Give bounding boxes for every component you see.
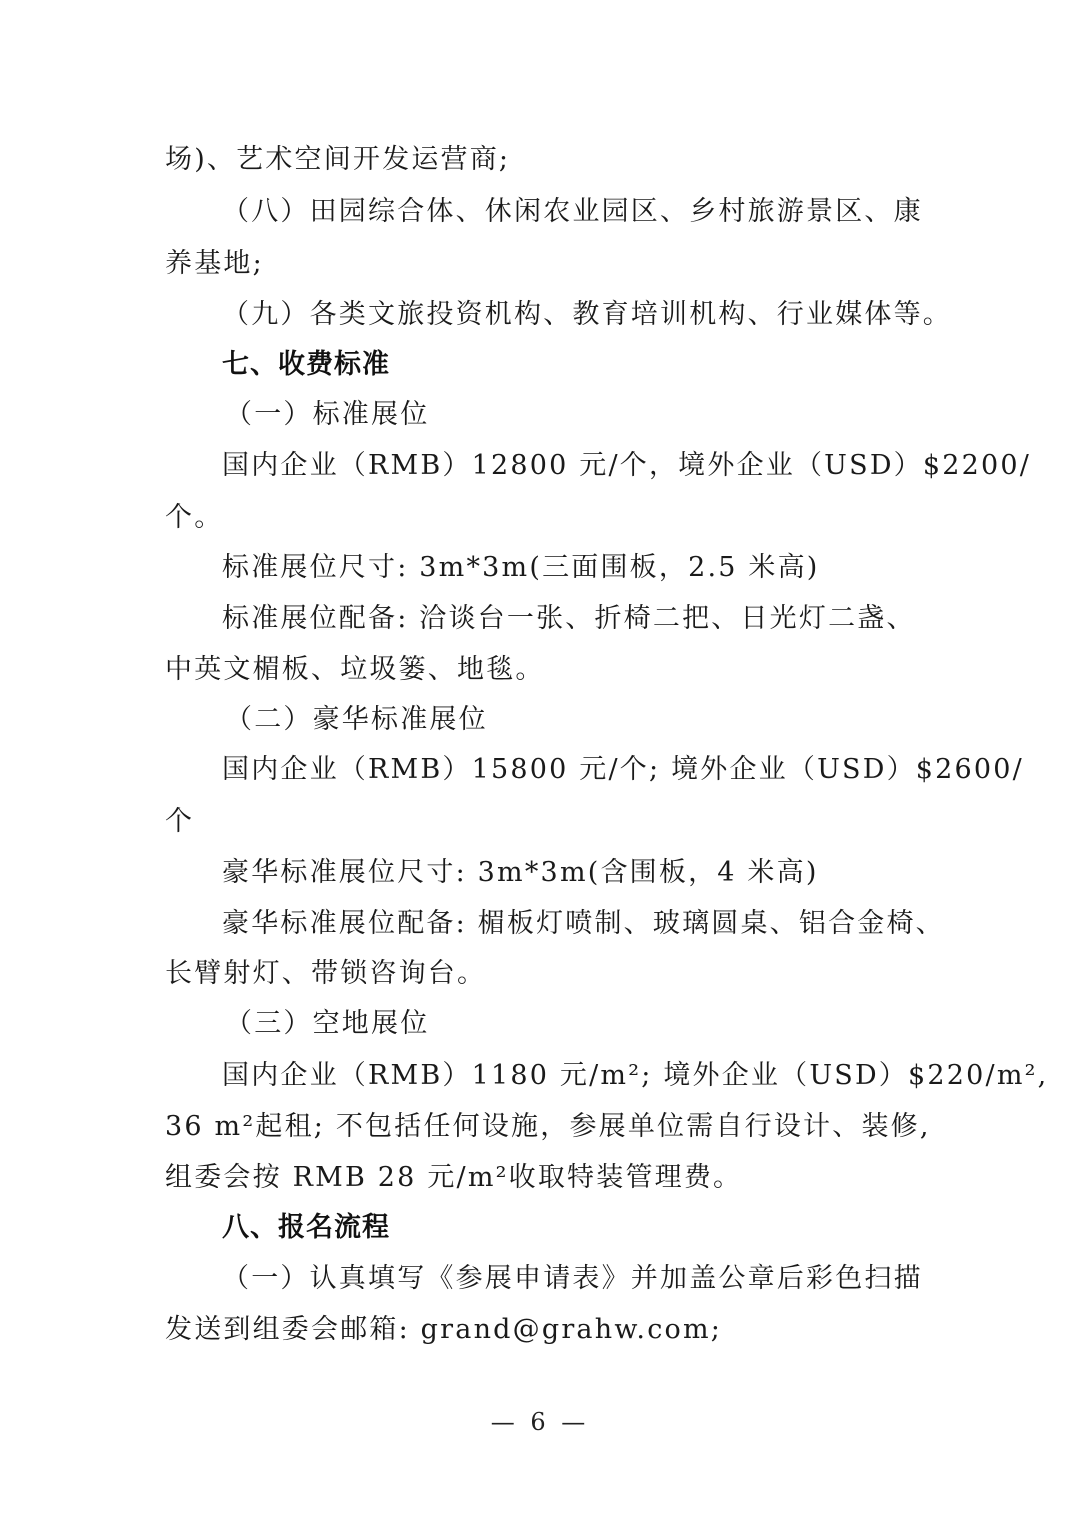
text-line-continuation: 组委会按 RMB 28 元/m²收取特装管理费。	[165, 1160, 925, 1196]
section-heading-fees: 七、收费标准	[222, 347, 982, 383]
list-item-8: （八）田园综合体、休闲农业园区、乡村旅游景区、康	[222, 194, 982, 230]
deluxe-booth-equipment: 豪华标准展位配备: 楣板灯喷制、玻璃圆桌、铝合金椅、	[222, 906, 982, 942]
text-line-continuation: 场)、艺术空间开发运营商;	[165, 142, 925, 178]
registration-email-line[interactable]: 发送到组委会邮箱: grand@grahw.com;	[165, 1312, 925, 1348]
text-line-continuation: 养基地;	[165, 246, 925, 282]
text-line-continuation: 个	[165, 804, 925, 840]
deluxe-booth-price: 国内企业（RMB）15800 元/个; 境外企业（USD）$2600/	[222, 752, 982, 788]
subheading-raw-space: （三）空地展位	[225, 1006, 985, 1042]
text-line-continuation: 长臂射灯、带锁咨询台。	[165, 956, 925, 992]
page-number: — 6 —	[0, 1404, 1080, 1440]
standard-booth-equipment: 标准展位配备: 洽谈台一张、折椅二把、日光灯二盏、	[222, 601, 982, 637]
subheading-standard-booth: （一）标准展位	[225, 397, 985, 433]
text-line-continuation: 个。	[165, 500, 925, 536]
registration-step-1: （一）认真填写《参展申请表》并加盖公章后彩色扫描	[222, 1261, 982, 1297]
text-line-continuation: 36 m²起租; 不包括任何设施，参展单位需自行设计、装修,	[165, 1109, 925, 1145]
standard-booth-size: 标准展位尺寸: 3m*3m(三面围板，2.5 米高)	[222, 550, 982, 586]
raw-space-price: 国内企业（RMB）1180 元/m²; 境外企业（USD）$220/m²,	[222, 1058, 982, 1094]
subheading-deluxe-booth: （二）豪华标准展位	[225, 702, 985, 738]
deluxe-booth-size: 豪华标准展位尺寸: 3m*3m(含围板，4 米高)	[222, 855, 982, 891]
list-item-9: （九）各类文旅投资机构、教育培训机构、行业媒体等。	[222, 297, 982, 333]
section-heading-registration: 八、报名流程	[222, 1210, 982, 1246]
standard-booth-price: 国内企业（RMB）12800 元/个，境外企业（USD）$2200/	[222, 448, 982, 484]
document-page: 场)、艺术空间开发运营商; （八）田园综合体、休闲农业园区、乡村旅游景区、康 养…	[0, 0, 1080, 1527]
text-line-continuation: 中英文楣板、垃圾篓、地毯。	[165, 652, 925, 688]
